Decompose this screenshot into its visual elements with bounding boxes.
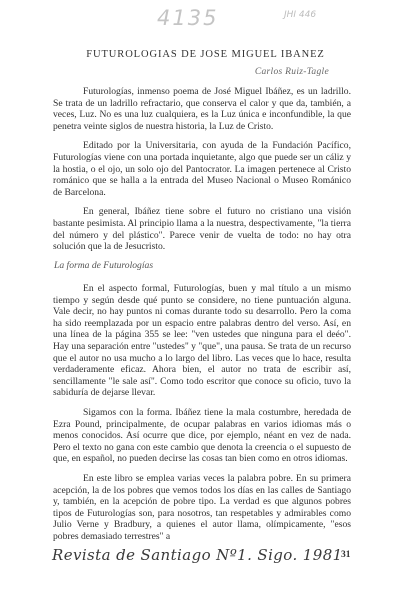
section-heading: La forma de Futurologías: [54, 260, 153, 271]
paragraph: Futurologías, inmenso poema de José Migu…: [53, 86, 351, 132]
paragraph: En este libro se emplea varias veces la …: [53, 473, 351, 543]
paragraph: En general, Ibáñez tiene sobre el futuro…: [53, 206, 351, 252]
handwritten-catalog-number: 4135: [157, 6, 218, 30]
intro-section: Futurologías, inmenso poema de José Migu…: [53, 86, 351, 253]
paragraph: Sigamos con la forma. Ibáñez tiene la ma…: [53, 407, 351, 465]
article-author: Carlos Ruiz-Tagle: [255, 67, 329, 77]
article-title: FUTUROLOGIAS DE JOSE MIGUEL IBANEZ: [0, 49, 411, 60]
page-number: 31: [341, 550, 351, 560]
form-section: En el aspecto formal, Futurologías, buen…: [53, 283, 351, 542]
paragraph: Editado por la Universitaria, con ayuda …: [53, 140, 351, 198]
handwritten-source-note: Revista de Santiago Nº1. Sigo. 1981: [52, 546, 343, 564]
handwritten-archive-code: JHI 446: [284, 10, 316, 20]
paragraph: En el aspecto formal, Futurologías, buen…: [53, 283, 351, 399]
